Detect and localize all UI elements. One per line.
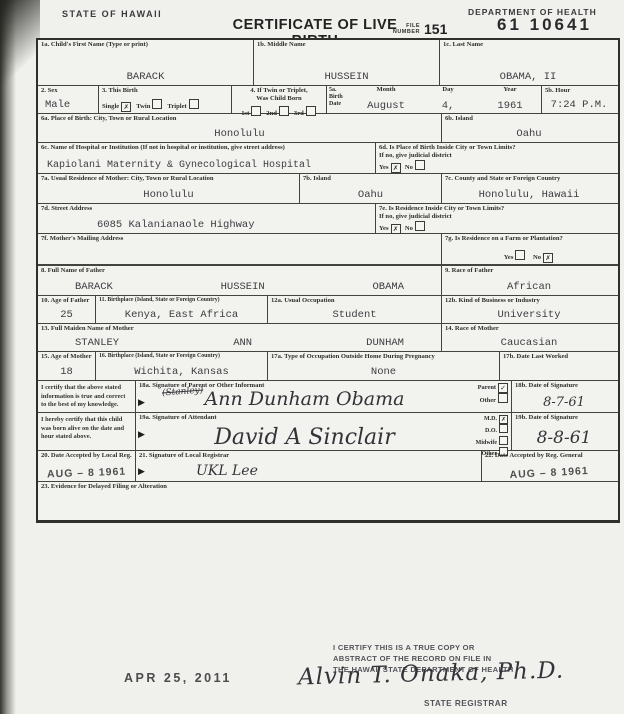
row-mother-name: 13. Full Maiden Name of Mother STANLEY A… xyxy=(38,324,618,352)
farm-no-checkbox: ✗ xyxy=(543,253,553,263)
father-occupation-value: Student xyxy=(271,305,438,322)
april-2011-date-stamp: APR 25, 2011 xyxy=(124,671,232,685)
arrow-icon: ▶ xyxy=(138,397,145,408)
arrow-icon: ▶ xyxy=(138,466,145,477)
file-number: 151 xyxy=(424,21,447,37)
triplet-checkbox xyxy=(189,99,199,109)
local-registrar-signature-value: UKL Lee xyxy=(196,463,258,479)
certificate-form: 1a. Child's First Name (Type or print) B… xyxy=(36,38,620,523)
field-local-registrar-signature: 21. Signature of Local Registrar ▶ UKL L… xyxy=(136,451,482,481)
field-mailing-address: 7f. Mother's Mailing Address xyxy=(38,234,442,264)
field-place-of-birth: 6a. Place of Birth: City, Town or Rural … xyxy=(38,114,442,142)
field-attendant-signature: 19a. Signature of Attendant ▶ David A Si… xyxy=(136,413,512,450)
state-registrar-signature: Alvin T. Onaka, Ph.D. xyxy=(298,658,565,691)
page-corner-shadow xyxy=(0,0,40,90)
field-father-name: 8. Full Name of Father BARACK HUSSEIN OB… xyxy=(38,266,442,295)
row-street-address: 7d. Street Address 6085 Kalanianaole Hig… xyxy=(38,204,618,234)
child-last-name-value: OBAMA, II xyxy=(443,49,613,84)
residence-limits-yes-checkbox: ✗ xyxy=(391,224,401,234)
row-attendant-signature: I hereby certify that this child was bor… xyxy=(38,413,618,451)
state-name: STATE OF HAWAII xyxy=(62,9,162,19)
row-delayed-filing: 23. Evidence for Delayed Filing or Alter… xyxy=(38,482,618,520)
mother-name-value: STANLEY ANN DUNHAM xyxy=(41,333,438,350)
place-of-birth-value: Honolulu xyxy=(41,123,438,141)
island-7b-value: Oahu xyxy=(303,183,438,202)
field-father-occupation: 12a. Usual Occupation Student xyxy=(268,296,442,323)
field-sex: 2. Sex Male xyxy=(38,86,99,113)
hour-value: 7:24 P.M. xyxy=(545,95,613,112)
field-date-accepted-general: 22. Date Accepted by Reg. General AUG – … xyxy=(482,451,616,481)
md-checkbox: ✗ xyxy=(499,415,508,424)
field-father-age: 10. Age of Father 25 xyxy=(38,296,96,323)
mother-residence-value: Honolulu xyxy=(41,183,296,202)
row-parent-signature: I certify that the above stated informat… xyxy=(38,381,618,413)
field-child-first-name: 1a. Child's First Name (Type or print) B… xyxy=(38,40,254,85)
field-delayed-filing: 23. Evidence for Delayed Filing or Alter… xyxy=(38,482,616,520)
page-left-binding-shadow xyxy=(0,0,16,714)
single-checkbox: ✗ xyxy=(121,102,131,112)
mother-race-value: Caucasian xyxy=(445,333,613,350)
field-county-state: 7c. County and State or Foreign Country … xyxy=(442,174,616,203)
county-state-value: Honolulu, Hawaii xyxy=(445,183,613,202)
row-place-of-birth: 6a. Place of Birth: City, Town or Rural … xyxy=(38,114,618,143)
row-sex-birth-date: 2. Sex Male 3. This Birth Single✗ Twin T… xyxy=(38,86,618,114)
mailing-address-value xyxy=(41,243,438,263)
field-mother-race: 14. Race of Mother Caucasian xyxy=(442,324,616,351)
birth-month: Month August xyxy=(355,86,417,113)
birth-year: Year 1961 xyxy=(479,86,541,113)
field-mother-residence: 7a. Usual Residence of Mother: City, Tow… xyxy=(38,174,300,203)
island-6b-value: Oahu xyxy=(445,123,613,141)
other-informant-checkbox xyxy=(498,393,508,403)
parent-signature-date-value: 8-7-61 xyxy=(515,390,613,411)
father-birthplace-value: Kenya, East Africa xyxy=(99,304,264,322)
row-mother-details: 15. Age of Mother 18 16. Birthplace (Isl… xyxy=(38,352,618,381)
row-hospital: 6c. Name of Hospital or Institution (If … xyxy=(38,143,618,174)
field-date-accepted-local: 20. Date Accepted by Local Reg. AUG – 8 … xyxy=(38,451,136,481)
field-street-address: 7d. Street Address 6085 Kalanianaole Hig… xyxy=(38,204,376,233)
field-residence-city-limits: 7e. Is Residence Inside City or Town Lim… xyxy=(376,204,616,233)
field-date-last-worked: 17b. Date Last Worked xyxy=(500,352,614,380)
parent-checkbox: ✓ xyxy=(498,383,508,393)
field-mother-age: 15. Age of Mother 18 xyxy=(38,352,96,380)
mother-age-value: 18 xyxy=(41,361,92,379)
row-mother-residence: 7a. Usual Residence of Mother: City, Tow… xyxy=(38,174,618,204)
birth-day: Day 4, xyxy=(417,86,479,113)
field-mother-birthplace: 16. Birthplace (Island, State or Foreign… xyxy=(96,352,268,380)
child-first-name-value: BARACK xyxy=(41,49,250,84)
field-hospital: 6c. Name of Hospital or Institution (If … xyxy=(38,143,376,173)
attendant-certification-text: I hereby certify that this child was bor… xyxy=(38,413,136,450)
field-child-middle-name: 1b. Middle Name HUSSEIN xyxy=(254,40,440,85)
do-checkbox xyxy=(499,424,508,433)
birth-limits-no-checkbox xyxy=(415,160,425,170)
field-island-7b: 7b. Island Oahu xyxy=(300,174,442,203)
informant-certification-text: I certify that the above stated informat… xyxy=(38,381,136,412)
arrow-icon: ▶ xyxy=(138,429,145,440)
field-birth-date: 5a. Birth Date Month August Day 4, Year … xyxy=(327,86,542,113)
field-this-birth: 3. This Birth Single✗ Twin Triplet xyxy=(99,86,232,113)
field-father-industry: 12b. Kind of Business or Industry Univer… xyxy=(442,296,616,323)
date-last-worked-value xyxy=(503,361,611,379)
general-date-stamp: AUG – 8 1961 xyxy=(485,456,614,483)
child-middle-name-value: HUSSEIN xyxy=(257,49,436,84)
row-registrar: 20. Date Accepted by Local Reg. AUG – 8 … xyxy=(38,451,618,482)
twin-checkbox xyxy=(152,99,162,109)
state-registrar-title: STATE REGISTRAR xyxy=(424,699,508,708)
field-parent-signature-date: 18b. Date of Signature 8-7-61 xyxy=(512,381,616,412)
attendant-signature-value: David A Sinclair xyxy=(158,425,451,450)
row-child-name: 1a. Child's First Name (Type or print) B… xyxy=(38,40,618,86)
field-pregnancy-occupation: 17a. Type of Occupation Outside Home Dur… xyxy=(268,352,500,380)
file-number-label: FILE NUMBER xyxy=(392,23,420,35)
field-island-6b: 6b. Island Oahu xyxy=(442,114,616,142)
pregnancy-occupation-value: None xyxy=(271,361,496,379)
mother-birthplace-value: Wichita, Kansas xyxy=(99,360,264,379)
attendant-signature-date-value: 8-8-61 xyxy=(515,422,613,449)
local-date-stamp: AUG – 8 1961 xyxy=(41,458,133,482)
hospital-value: Kapiolani Maternity & Gynecological Hosp… xyxy=(41,152,372,172)
delayed-filing-value xyxy=(41,491,613,519)
field-mother-name: 13. Full Maiden Name of Mother STANLEY A… xyxy=(38,324,442,351)
field-parent-signature: 18a. Signature of Parent or Other Inform… xyxy=(136,381,512,412)
father-name-value: BARACK HUSSEIN OBAMA xyxy=(41,275,438,294)
field-twin-order: 4. If Twin or Triplet, Was Child Born 1s… xyxy=(232,86,327,113)
father-race-value: African xyxy=(445,275,613,294)
field-birth-city-limits: 6d. Is Place of Birth Inside City or Tow… xyxy=(376,143,616,173)
residence-limits-no-checkbox xyxy=(415,221,425,231)
birth-certificate-scan: STATE OF HAWAII CERTIFICATE OF LIVE BIRT… xyxy=(0,0,624,714)
field-father-birthplace: 11. Birthplace (Island, State or Foreign… xyxy=(96,296,268,323)
field-child-last-name: 1c. Last Name OBAMA, II xyxy=(440,40,616,85)
father-industry-value: University xyxy=(445,305,613,322)
midwife-checkbox xyxy=(499,436,508,445)
street-address-value: 6085 Kalanianaole Highway xyxy=(41,213,372,232)
field-hour: 5b. Hour 7:24 P.M. xyxy=(542,86,616,113)
farm-yes-checkbox xyxy=(515,250,525,260)
field-father-race: 9. Race of Father African xyxy=(442,266,616,295)
field-farm-plantation: 7g. Is Residence on a Farm or Plantation… xyxy=(442,234,616,264)
row-mailing-address: 7f. Mother's Mailing Address 7g. Is Resi… xyxy=(38,234,618,265)
row-father-details: 10. Age of Father 25 11. Birthplace (Isl… xyxy=(38,296,618,324)
father-age-value: 25 xyxy=(41,305,92,322)
birth-limits-yes-checkbox: ✗ xyxy=(391,163,401,173)
row-father-name: 8. Full Name of Father BARACK HUSSEIN OB… xyxy=(38,265,618,296)
certificate-number: 61 10641 xyxy=(497,15,592,35)
parent-signature-value: Ann Dunham Obama xyxy=(158,388,451,410)
field-attendant-signature-date: 19b. Date of Signature 8-8-61 xyxy=(512,413,616,450)
sex-value: Male xyxy=(41,95,95,112)
